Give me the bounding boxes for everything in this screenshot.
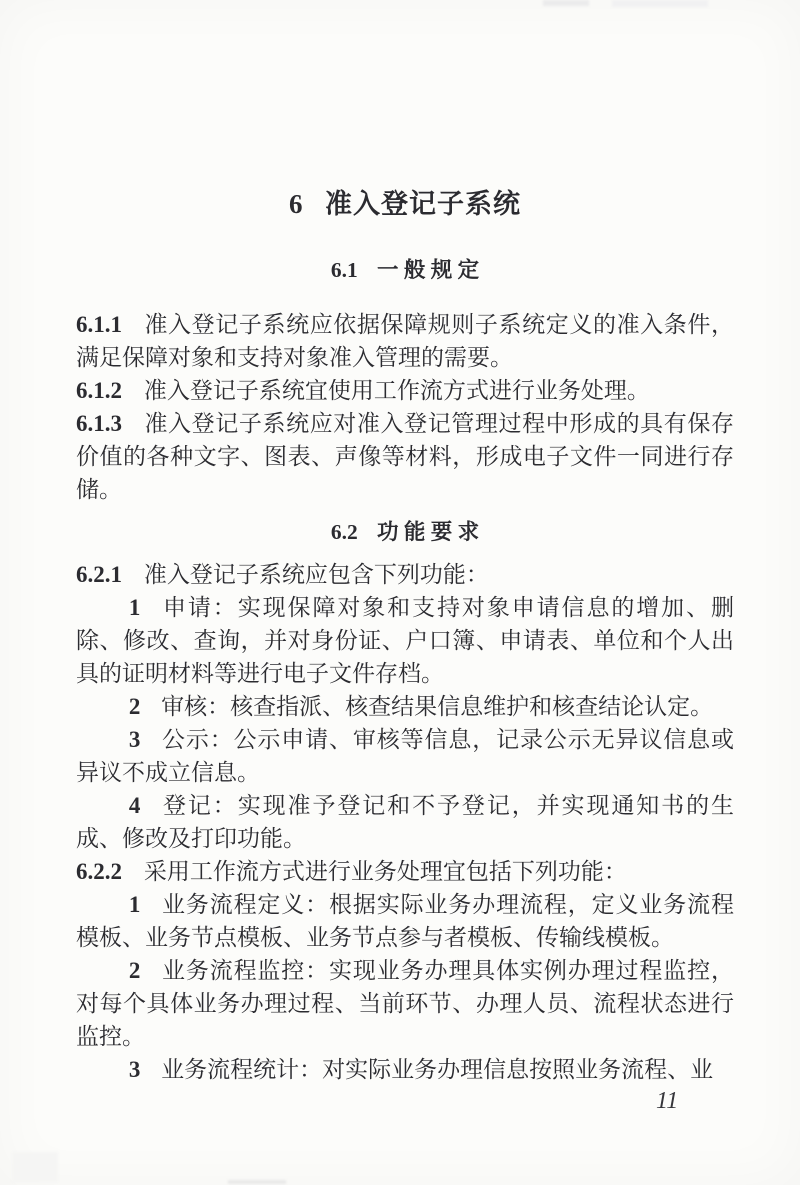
section-heading-6-2: 6.2功 能 要 求 <box>76 518 734 546</box>
section-heading-6-1: 6.1一 般 规 定 <box>76 256 734 284</box>
scan-artifact <box>228 1180 286 1184</box>
clause-text: 准入登记子系统应对准入登记管理过程中形成的具有保存价值的各种文字、图表、声像等材… <box>76 411 734 502</box>
page-number: 11 <box>656 1088 678 1115</box>
clause-text: 准入登记子系统应包含下列功能： <box>144 562 489 587</box>
chapter-number: 6 <box>289 189 304 219</box>
list-item-6-2-1-2: 2审核：核查指派、核查结果信息维护和核查结论认定。 <box>76 690 734 723</box>
item-text: 业务流程定义：根据实际业务办理流程，定义业务流程模板、业务节点模板、业务节点参与… <box>76 892 734 950</box>
page-content: 6准入登记子系统 6.1一 般 规 定 6.1.1准入登记子系统应依据保障规则子… <box>76 0 734 1086</box>
item-text: 登记：实现准予登记和不予登记，并实现通知书的生成、修改及打印功能。 <box>76 793 734 851</box>
section-number: 6.2 <box>331 520 358 544</box>
item-number: 1 <box>129 892 141 917</box>
item-text: 公示：公示申请、审核等信息，记录公示无异议信息或异议不成立信息。 <box>76 727 734 785</box>
clause-number: 6.1.3 <box>76 411 122 436</box>
list-item-6-2-1-1: 1申请：实现保障对象和支持对象申请信息的增加、删除、修改、查询，并对身份证、户口… <box>76 591 734 690</box>
scan-artifact <box>12 1152 58 1182</box>
list-item-6-2-1-4: 4登记：实现准予登记和不予登记，并实现通知书的生成、修改及打印功能。 <box>76 789 734 855</box>
list-item-6-2-1-3: 3公示：公示申请、审核等信息，记录公示无异议信息或异议不成立信息。 <box>76 723 734 789</box>
clause-number: 6.1.2 <box>76 378 122 403</box>
list-item-6-2-2-2: 2业务流程监控：实现业务办理具体实例办理过程监控，对每个具体业务办理过程、当前环… <box>76 954 734 1053</box>
item-text: 业务流程统计：对实际业务办理信息按照业务流程、业 <box>161 1057 713 1082</box>
item-number: 3 <box>129 1057 141 1082</box>
item-text: 审核：核查指派、核查结果信息维护和核查结论认定。 <box>161 694 713 719</box>
chapter-title: 准入登记子系统 <box>325 189 521 219</box>
chapter-heading: 6准入登记子系统 <box>76 186 734 222</box>
clause-6-1-1: 6.1.1准入登记子系统应依据保障规则子系统定义的准入条件，满足保障对象和支持对… <box>76 308 734 374</box>
item-text: 业务流程监控：实现业务办理具体实例办理过程监控，对每个具体业务办理过程、当前环节… <box>76 958 734 1049</box>
section-title: 功 能 要 求 <box>377 520 479 544</box>
list-item-6-2-2-1: 1业务流程定义：根据实际业务办理流程，定义业务流程模板、业务节点模板、业务节点参… <box>76 888 734 954</box>
section-title: 一 般 规 定 <box>377 258 479 282</box>
clause-6-1-2: 6.1.2准入登记子系统宜使用工作流方式进行业务处理。 <box>76 374 734 407</box>
clause-text: 采用工作流方式进行业务处理宜包括下列功能： <box>144 859 627 884</box>
clause-number: 6.1.1 <box>76 312 122 337</box>
list-item-6-2-2-3: 3业务流程统计：对实际业务办理信息按照业务流程、业 <box>76 1053 734 1086</box>
clause-text: 准入登记子系统宜使用工作流方式进行业务处理。 <box>144 378 650 403</box>
item-text: 申请：实现保障对象和支持对象申请信息的增加、删除、修改、查询，并对身份证、户口簿… <box>76 595 734 686</box>
clause-6-2-2: 6.2.2采用工作流方式进行业务处理宜包括下列功能： <box>76 855 734 888</box>
clause-number: 6.2.2 <box>76 859 122 884</box>
clause-6-2-1: 6.2.1准入登记子系统应包含下列功能： <box>76 558 734 591</box>
clause-text: 准入登记子系统应依据保障规则子系统定义的准入条件，满足保障对象和支持对象准入管理… <box>76 312 734 370</box>
item-number: 3 <box>129 727 141 752</box>
document-page: 6准入登记子系统 6.1一 般 规 定 6.1.1准入登记子系统应依据保障规则子… <box>0 0 800 1185</box>
item-number: 1 <box>129 595 141 620</box>
clause-number: 6.2.1 <box>76 562 122 587</box>
item-number: 4 <box>129 793 141 818</box>
clause-6-1-3: 6.1.3准入登记子系统应对准入登记管理过程中形成的具有保存价值的各种文字、图表… <box>76 407 734 506</box>
section-number: 6.1 <box>331 258 358 282</box>
item-number: 2 <box>129 694 141 719</box>
item-number: 2 <box>129 958 141 983</box>
